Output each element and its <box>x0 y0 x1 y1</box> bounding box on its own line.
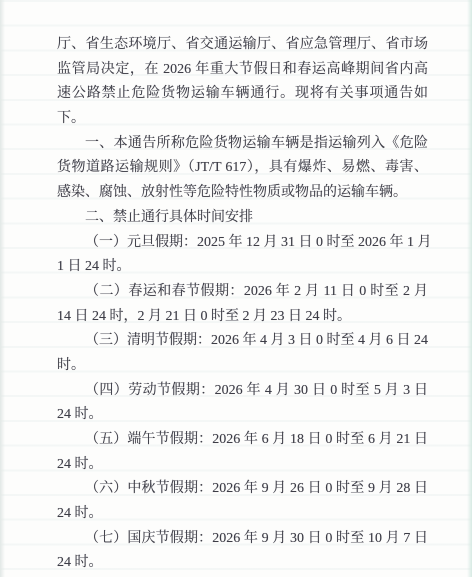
text-line: 24 时。 <box>57 453 428 478</box>
text-line: （五）端午节假期：2026 年 6 月 18 日 0 时至 6 月 21 日 <box>57 428 428 453</box>
text-line: 厅、省生态环境厅、省交通运输厅、省应急管理厅、省市场 <box>57 33 428 58</box>
text-line: 感染、腐蚀、放射性等危险特性物质或物品的运输车辆。 <box>57 181 428 206</box>
text-line: 1 日 24 时。 <box>57 255 428 280</box>
text-line: （四）劳动节假期：2026 年 4 月 30 日 0 时至 5 月 3 日 <box>57 379 428 404</box>
text-line: 24 时。 <box>57 403 428 428</box>
text-line: 14 日 24 时，2 月 21 日 0 时至 2 月 23 日 24 时。 <box>57 305 428 330</box>
text-line: （三）清明节假期：2026 年 4 月 3 日 0 时至 4 月 6 日 24 <box>57 329 428 354</box>
text-line: 一、本通告所称危险货物运输车辆是指运输列入《危险 <box>57 132 428 157</box>
text-line: 24 时。 <box>57 551 428 576</box>
text-line: （六）中秋节假期：2026 年 9 月 26 日 0 时至 9 月 28 日 <box>57 477 428 502</box>
page-edge-right <box>467 0 472 577</box>
text-line: 24 时。 <box>57 502 428 527</box>
document-page: { "page": { "background_color": "#fdfdfc… <box>0 0 472 577</box>
text-line: 货物道路运输规则》（JT/T 617），具有爆炸、易燃、毒害、 <box>57 156 428 181</box>
text-block: 厅、省生态环境厅、省交通运输厅、省应急管理厅、省市场监管局决定，在 2026 年… <box>57 33 428 576</box>
text-line: （一）元旦假期：2025 年 12 月 31 日 0 时至 2026 年 1 月 <box>57 231 428 256</box>
text-line: 二、禁止通行具体时间安排 <box>57 206 428 231</box>
text-line: （七）国庆节假期：2026 年 9 月 30 日 0 时至 10 月 7 日 <box>57 527 428 552</box>
text-line: 时。 <box>57 354 428 379</box>
text-line: 监管局决定，在 2026 年重大节假日和春运高峰期间省内高 <box>57 58 428 83</box>
text-line: 速公路禁止危险货物运输车辆通行。现将有关事项通告如 <box>57 82 428 107</box>
text-line: 下。 <box>57 107 428 132</box>
text-line: （二）春运和春节假期：2026 年 2 月 11 日 0 时至 2 月 <box>57 280 428 305</box>
page-edge-left <box>0 0 5 577</box>
